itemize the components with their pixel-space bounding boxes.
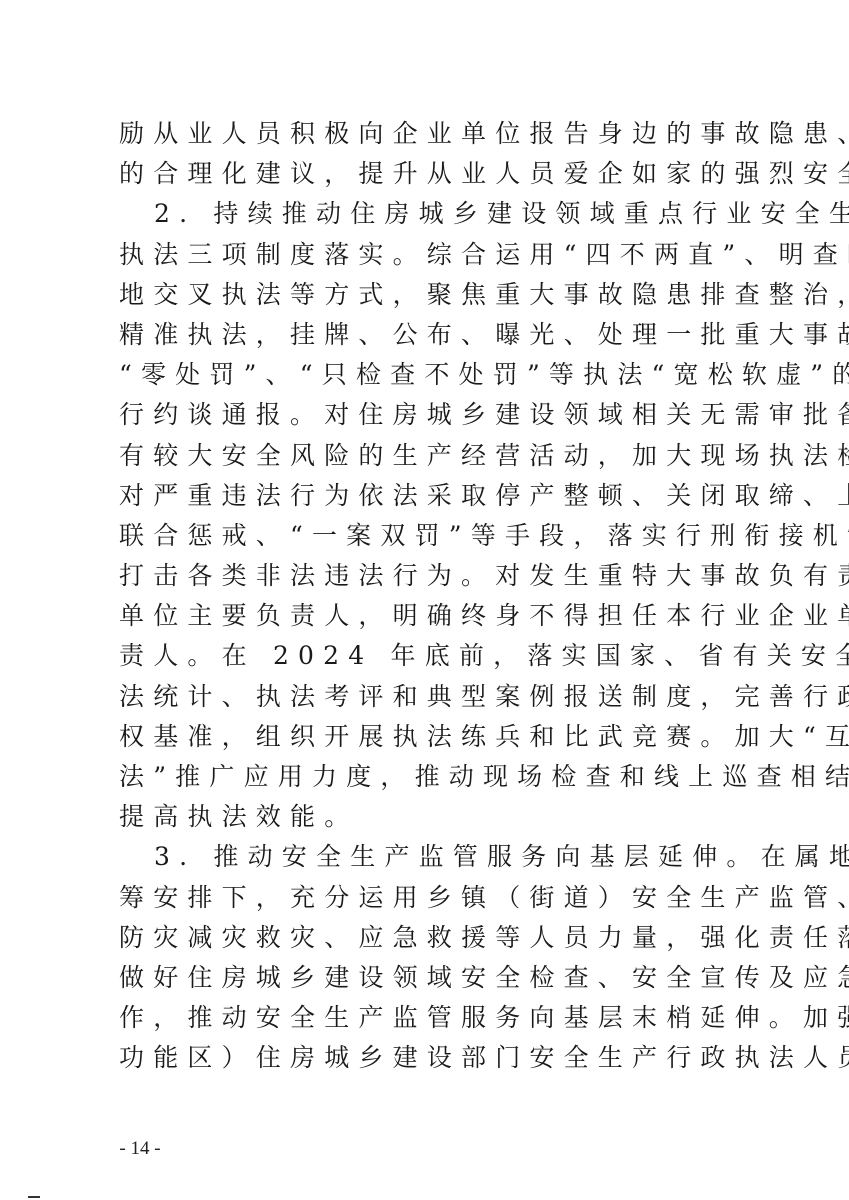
text-line: 打击各类非法违法行为。对发生重特大事故负有责任的企业 [119,556,719,596]
text-line: 筹安排下，充分运用乡镇（街道）安全生产监管、消防工作、 [119,878,719,918]
body-text: 励从业人员积极向企业单位报告身边的事故隐患、提出整改 的合理化建议，提升从业人员… [119,114,719,1079]
page-number: - 14 - [0,1138,280,1160]
paragraph-heading-3: 3. 推动安全生产监管服务向基层延伸。在属地政府的统 [119,837,719,877]
text-line: 作，推动安全生产监管服务向基层末梢延伸。加强区县（含 [119,998,719,1038]
text-line: 联合惩戒、“一案双罚”等手段，落实行刑衔接机制，严厉 [119,516,719,556]
text-line: 励从业人员积极向企业单位报告身边的事故隐患、提出整改 [119,114,719,154]
text-line: 法”推广应用力度，推动现场检查和线上巡查相结合，持续 [119,757,719,797]
text-line: 提高执法效能。 [119,797,719,837]
text-line: 做好住房城乡建设领域安全检查、安全宣传及应急救援等工 [119,958,719,998]
scan-mark [28,1196,40,1198]
text-line: 法统计、执法考评和典型案例报送制度，完善行政执法裁量 [119,677,719,717]
text-line: 权基准，组织开展执法练兵和比武竞赛。加大“互联网+执 [119,717,719,757]
text-line: 功能区）住房城乡建设部门安全生产行政执法人员装备配 [119,1038,719,1078]
text-line: 有较大安全风险的生产经营活动，加大现场执法检查力度， [119,436,719,476]
document-page: 励从业人员积极向企业单位报告身边的事故隐患、提出整改 的合理化建议，提升从业人员… [0,0,849,1200]
text-line: “零处罚”、“只检查不处罚”等执法“宽松软虚”的地区进 [119,355,719,395]
paragraph-heading-2: 2. 持续推动住房城乡建设领域重点行业安全生产行政 [119,194,719,234]
text-line: 对严重违法行为依法采取停产整顿、关闭取缔、上限处罚、 [119,476,719,516]
text-line: 执法三项制度落实。综合运用“四不两直”、明查暗访、异 [119,235,719,275]
text-line: 防灾减灾救灾、应急救援等人员力量，强化责任落实，共同 [119,918,719,958]
text-line: 责人。在 2024 年底前，落实国家、省有关安全生产监管执 [119,636,719,676]
text-line: 行约谈通报。对住房城乡建设领域相关无需审批备案，但具 [119,395,719,435]
text-line: 精准执法，挂牌、公布、曝光、处理一批重大事故隐患，对 [119,315,719,355]
text-line: 地交叉执法等方式，聚焦重大事故隐患排查整治，深入推进 [119,275,719,315]
text-line: 单位主要负责人，明确终身不得担任本行业企业单位主要负 [119,596,719,636]
text-line: 的合理化建议，提升从业人员爱企如家的强烈安全意识。 [119,154,719,194]
